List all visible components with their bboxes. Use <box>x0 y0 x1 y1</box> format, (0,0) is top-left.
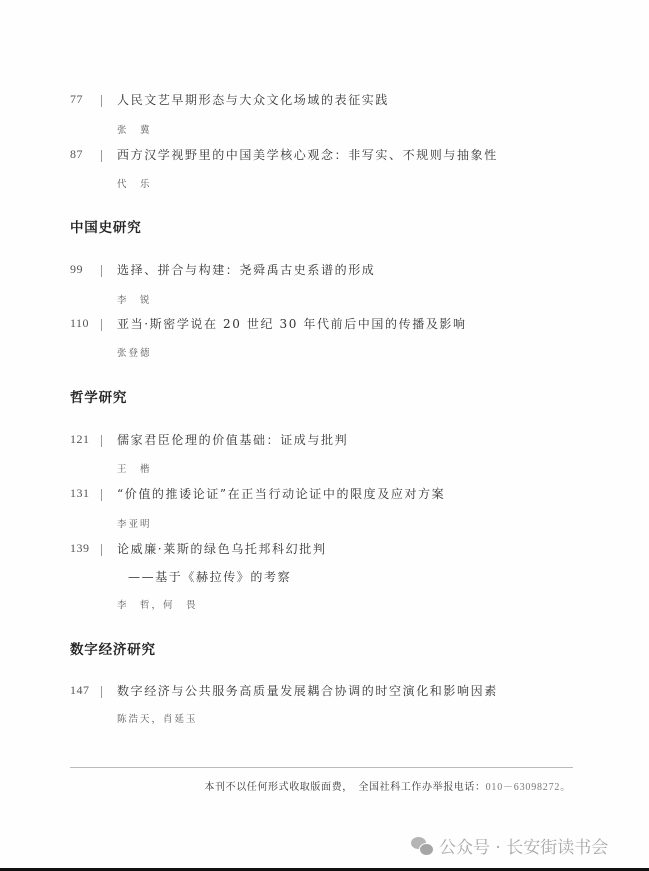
watermark-text: 公众号 · 长安街读书会 <box>439 833 608 858</box>
entry-title[interactable]: 选择、拼合与构建：尧舜禹古史系谱的形成 <box>117 261 375 278</box>
entry-separator <box>101 150 102 162</box>
entry-page-number: 121 <box>70 432 90 447</box>
entry-title[interactable]: 儒家君臣伦理的价值基础：证成与批判 <box>117 431 348 448</box>
entry-title[interactable]: “价值的推诿论证”在正当行动论证中的限度及应对方案 <box>117 485 445 502</box>
entry-page-number: 147 <box>70 683 90 698</box>
footer-divider <box>70 767 573 768</box>
entry-page-number: 110 <box>70 316 89 331</box>
wechat-icon <box>411 837 433 855</box>
entry-separator <box>101 319 102 331</box>
entry-subtitle: ——基于《赫拉传》的考察 <box>128 568 291 585</box>
entry-page-number: 139 <box>70 541 90 556</box>
entry-author: 张登德 <box>117 345 152 359</box>
entry-author: 代 乐 <box>117 176 152 190</box>
entry-separator <box>101 489 102 501</box>
entry-author: 陈浩天，肖延玉 <box>117 711 198 725</box>
entry-title[interactable]: 论威廉·莱斯的绿色乌托邦科幻批判 <box>117 540 326 557</box>
entry-separator <box>101 265 102 277</box>
entry-author: 李 锐 <box>117 292 152 306</box>
entry-separator <box>101 95 102 107</box>
entry-separator <box>101 544 102 556</box>
entry-title[interactable]: 西方汉学视野里的中国美学核心观念：非写实、不规则与抽象性 <box>117 146 498 163</box>
entry-author: 李 哲，何 畏 <box>117 597 198 611</box>
entry-page-number: 131 <box>70 486 90 501</box>
entry-title[interactable]: 数字经济与公共服务高质量发展耦合协调的时空演化和影响因素 <box>117 682 498 699</box>
wechat-watermark: 公众号 · 长安街读书会 <box>411 833 608 858</box>
entry-author: 张 冀 <box>117 122 152 136</box>
section-heading-chinese-history: 中国史研究 <box>70 216 142 236</box>
journal-contents-page: 77 人民文艺早期形态与大众文化场域的表征实践 张 冀 87 西方汉学视野里的中… <box>0 0 649 871</box>
entry-title[interactable]: 亚当·斯密学说在 20 世纪 30 年代前后中国的传播及影响 <box>117 315 467 332</box>
section-heading-philosophy: 哲学研究 <box>70 386 127 406</box>
entry-author: 李亚明 <box>117 516 152 530</box>
entry-title[interactable]: 人民文艺早期形态与大众文化场域的表征实践 <box>117 91 389 108</box>
entry-author: 王 楷 <box>117 461 152 475</box>
section-heading-digital-economy: 数字经济研究 <box>70 638 156 658</box>
footer-notice: 本刊不以任何形式收取版面费， 全国社科工作办举报电话：010－63098272。 <box>204 778 571 793</box>
footer-phone: 010－63098272。 <box>486 782 571 793</box>
entry-separator <box>101 435 102 447</box>
footer-notice-text: 本刊不以任何形式收取版面费， 全国社科工作办举报电话： <box>204 782 485 793</box>
entry-page-number: 99 <box>70 262 83 277</box>
entry-separator <box>101 686 102 698</box>
entry-page-number: 87 <box>70 147 83 162</box>
entry-page-number: 77 <box>70 92 83 107</box>
